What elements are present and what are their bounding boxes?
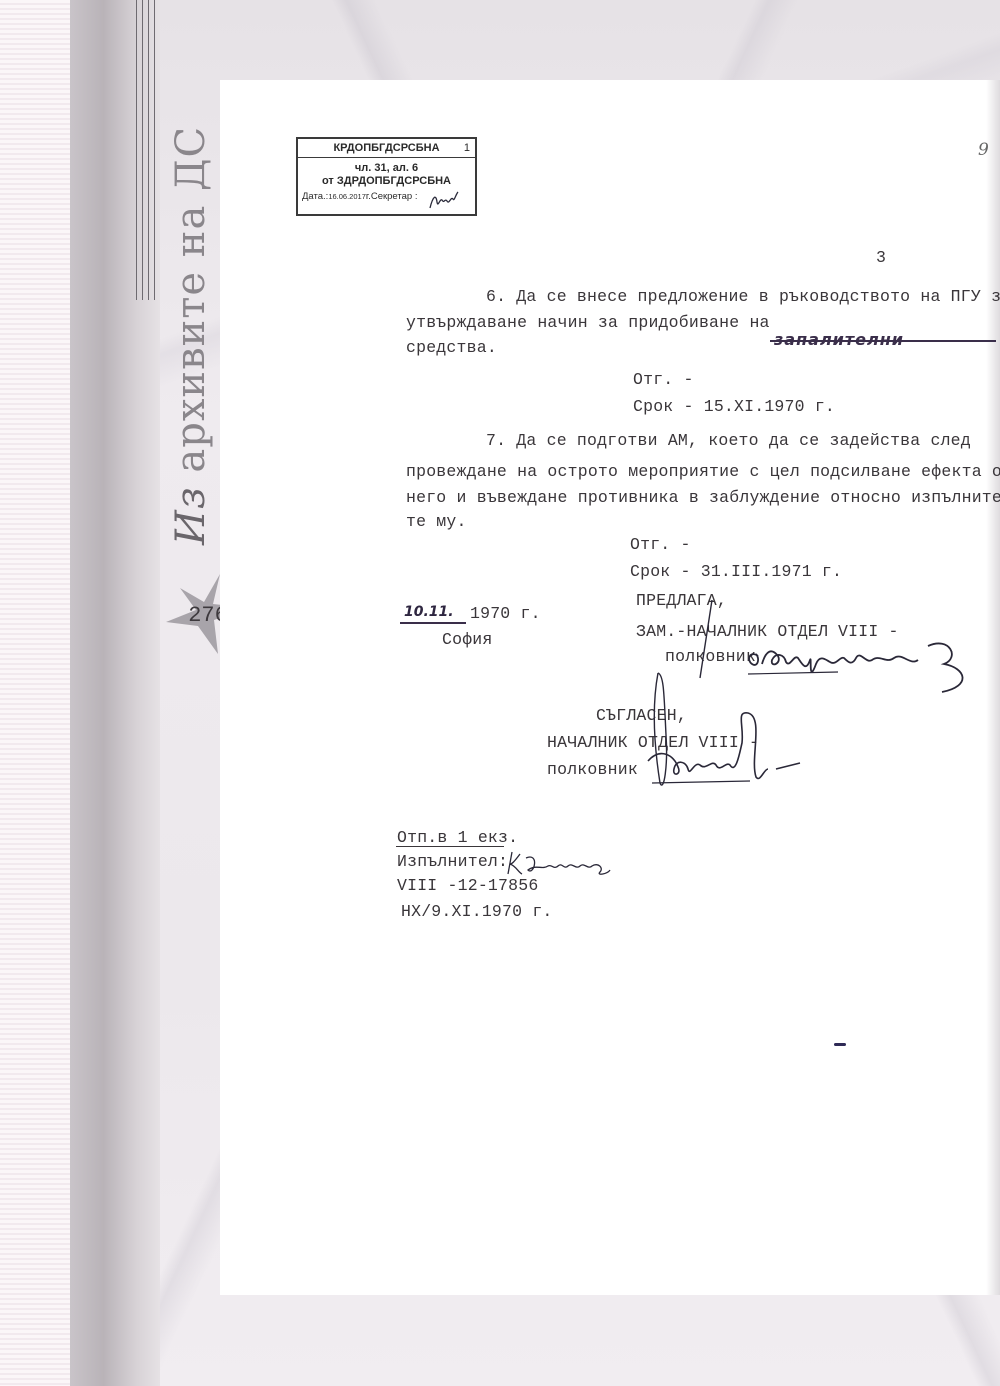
stamp-date-value: 16.06.2017 xyxy=(328,192,366,201)
secretary-signature xyxy=(427,190,461,212)
handwritten-date: 10.11. xyxy=(404,604,454,620)
stamp-secretary-label: Секретар : xyxy=(371,191,418,202)
approver-signature xyxy=(630,665,820,805)
running-head: Из архивите на ДС xyxy=(168,126,214,545)
typed-year: 1970 г. xyxy=(470,604,541,623)
page-edges xyxy=(128,0,164,300)
stamp-date-label: Дата.: xyxy=(302,191,328,202)
insert-underline xyxy=(770,340,996,342)
item7-line1: 7. Да се подготви АМ, което да се задейс… xyxy=(486,431,971,450)
item7-line3: него и въвеждане противника в заблуждени… xyxy=(406,488,1000,507)
stamp-article: чл. 31, ал. 6 xyxy=(298,162,475,175)
typist-date: НХ/9.XI.1970 г. xyxy=(401,902,553,921)
item7-line4: те му. xyxy=(406,512,467,531)
approver-rank: полковник xyxy=(547,760,638,779)
item6-deadline: Срок - 15.XI.1970 г. xyxy=(633,397,835,416)
document-page-number: 3 xyxy=(876,248,886,267)
stamp-from: от ЗДРДОПБГДСРСБНА xyxy=(298,175,475,188)
item7-deadline: Срок - 31.III.1971 г. xyxy=(630,562,842,581)
ink-mark xyxy=(834,1043,846,1046)
item7-line2: провеждане на острото мероприятие с цел … xyxy=(406,462,1000,481)
scanner-margin xyxy=(0,0,70,1386)
item6-line1: 6. Да се внесе предложение в ръководство… xyxy=(486,287,1000,306)
reference-number: VIII -12-17856 xyxy=(397,876,538,895)
stamp-title-row: КРДОПБГДСРСБНА 1 xyxy=(298,139,475,158)
running-head-text: архивите на ДС xyxy=(168,126,214,486)
date-underline xyxy=(400,622,466,624)
copies-underline xyxy=(396,846,504,847)
executor-label: Изпълнител: xyxy=(397,852,508,871)
copies-note: Отп.в 1 екз. xyxy=(397,828,518,847)
declassification-stamp: КРДОПБГДСРСБНА 1 чл. 31, ал. 6 от ЗДРДОП… xyxy=(296,137,477,216)
item6-line3: средства. xyxy=(406,338,497,357)
sheet-edge-shadow xyxy=(986,80,1000,1295)
running-head-italic: Из xyxy=(168,486,214,545)
item6-line2: утвърждаване начин за придобиване на xyxy=(406,313,770,332)
stamp-title: КРДОПБГДСРСБНА xyxy=(333,142,439,154)
item6-responsible: Отг. - xyxy=(633,370,694,389)
handwritten-sheet-number: 9 xyxy=(978,140,989,160)
stamp-number: 1 xyxy=(464,139,470,157)
item7-responsible: Отг. - xyxy=(630,535,691,554)
city: София xyxy=(442,630,493,649)
